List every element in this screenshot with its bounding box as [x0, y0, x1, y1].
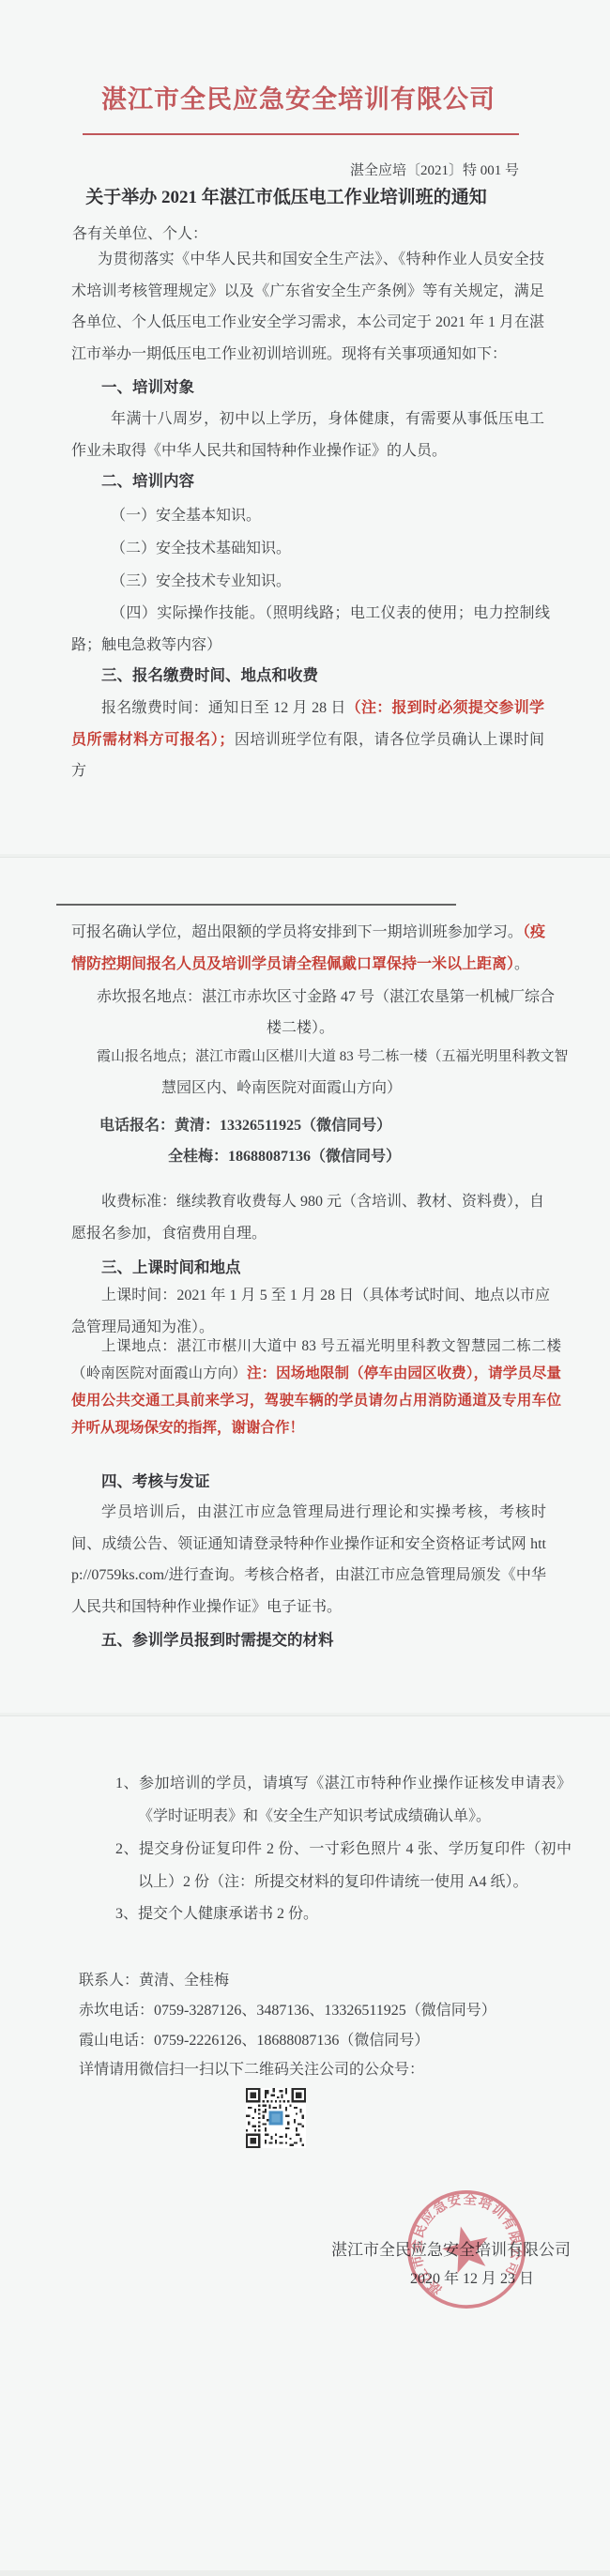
- registration-time-paragraph: 报名缴费时间：通知日至 12 月 28 日（注：报到时必须提交参训学员所需材料方…: [71, 693, 544, 787]
- training-content-item-4: （四）实际操作技能。（照明线路；电工仪表的使用；电力控制线路；触电急救等内容）: [71, 598, 550, 661]
- material-list-item-3: 3、提交个人健康承诺书 2 份。: [115, 1898, 318, 1930]
- section-2-heading: 二、培训内容: [101, 468, 194, 491]
- registration-time-text: 报名缴费时间：通知日至 12 月 28 日: [101, 700, 346, 716]
- contact-person-line: 联系人：黄清、全桂梅: [79, 1965, 229, 1997]
- chikan-registration-address-line1: 赤坎报名地点：湛江市赤坎区寸金路 47 号（湛江农垦第一机械厂综合: [97, 982, 555, 1014]
- scan-artifact-line: [56, 904, 456, 906]
- training-content-item-1: （一）安全基本知识。: [111, 500, 261, 532]
- qr-scan-hint: 详情请用微信扫一扫以下二维码关注公司的公众号：: [79, 2054, 424, 2086]
- phone-registration-line1: 电话报名：黄清：13326511925（微信同号）: [99, 1110, 391, 1142]
- section-5-heading: 五、参训学员报到时需提交的材料: [101, 1627, 334, 1650]
- notice-page-3: 1、参加培训的学员，请填写《湛江市特种作业操作证核发申请表》《学时证明表》和《安…: [0, 1715, 610, 2576]
- xiashan-registration-address-line1: 霞山报名地点；湛江市霞山区椹川大道 83 号二栋一楼（五福光明里科教文智: [97, 1042, 569, 1074]
- wechat-qr-code-image: [246, 2088, 306, 2148]
- section-1-body: 年满十八周岁，初中以上学历，身体健康，有需要从事低压电工作业未取得《中华人民共和…: [71, 404, 544, 466]
- notice-page-1: 湛江市全民应急安全培训有限公司 湛全应培〔2021〕特 001 号 关于举办 2…: [0, 0, 610, 857]
- document-number: 湛全应培〔2021〕特 001 号: [0, 160, 610, 179]
- quota-text: 可报名确认学位，超出限额的学员将安排到下一期培训班参加学习。: [71, 924, 523, 940]
- training-content-item-3: （三）安全技术专业知识。: [111, 566, 291, 598]
- scan-bottom-edge: [0, 2570, 610, 2576]
- company-seal-graphic: 湛江市全民应急安全培训有限公司: [376, 2159, 557, 2340]
- phone-registration-line2: 全桂梅：18688087136（微信同号）: [168, 1141, 401, 1173]
- fee-paragraph: 收费标准：继续教育收费每人 980 元（含培训、教材、资料费），自愿报名参加，食…: [71, 1186, 544, 1249]
- material-list-item-2: 2、提交身份证复印件 2 份、一寸彩色照片 4 张、学历复印件（初中以上）2 份…: [115, 1834, 572, 1898]
- scanned-notice-document: { "colors": { "accent_red": "#c2585c", "…: [0, 0, 610, 2576]
- qr-code-graphic: [246, 2088, 306, 2148]
- class-venue-paragraph: 上课地点：湛江市椹川大道中 83 号五福光明里科教文智慧园二栋二楼（岭南医院对面…: [71, 1333, 561, 1441]
- class-time-section-heading: 三、上课时间和地点: [101, 1255, 241, 1277]
- company-seal-stamp: 湛江市全民应急安全培训有限公司: [376, 2159, 557, 2340]
- notice-page-2: 可报名确认学位，超出限额的学员将安排到下一期培训班参加学习。（疫情防控期间报名人…: [0, 857, 610, 1715]
- chikan-registration-address-line2: 楼二楼）。: [267, 1013, 334, 1044]
- company-letterhead: 湛江市全民应急安全培训有限公司: [0, 79, 610, 115]
- chikan-phone-line: 赤坎电话：0759-3287126、3487136、13326511925（微信…: [79, 1995, 496, 2027]
- quota-paragraph: 可报名确认学位，超出限额的学员将安排到下一期培训班参加学习。（疫情防控期间报名人…: [71, 917, 545, 980]
- assessment-paragraph: 学员培训后，由湛江市应急管理局进行理论和实操考核，考核时间、成绩公告、领证通知请…: [71, 1497, 546, 1623]
- notice-title: 关于举办 2021 年湛江市低压电工作业培训班的通知: [0, 183, 610, 208]
- intro-paragraph: 为贯彻落实《中华人民共和国安全生产法》、《特种作业人员安全技术培训考核管理规定》…: [71, 244, 544, 370]
- xiashan-registration-address-line2: 慧园区内、岭南医院对面霞山方向）: [161, 1073, 402, 1105]
- letterhead-divider-rule: [83, 133, 519, 135]
- section-4-heading: 四、考核与发证: [101, 1469, 210, 1491]
- quota-text-period: 。: [514, 956, 529, 972]
- xiashan-phone-line: 霞山电话：0759-2226126、18688087136（微信同号）: [79, 2025, 429, 2057]
- material-list-item-1: 1、参加培训的学员，请填写《湛江市特种作业操作证核发申请表》《学时证明表》和《安…: [115, 1768, 572, 1833]
- section-3-heading: 三、报名缴费时间、地点和收费: [101, 663, 318, 685]
- section-1-heading: 一、培训对象: [101, 374, 194, 397]
- training-content-item-2: （二）安全技术基础知识。: [111, 533, 291, 565]
